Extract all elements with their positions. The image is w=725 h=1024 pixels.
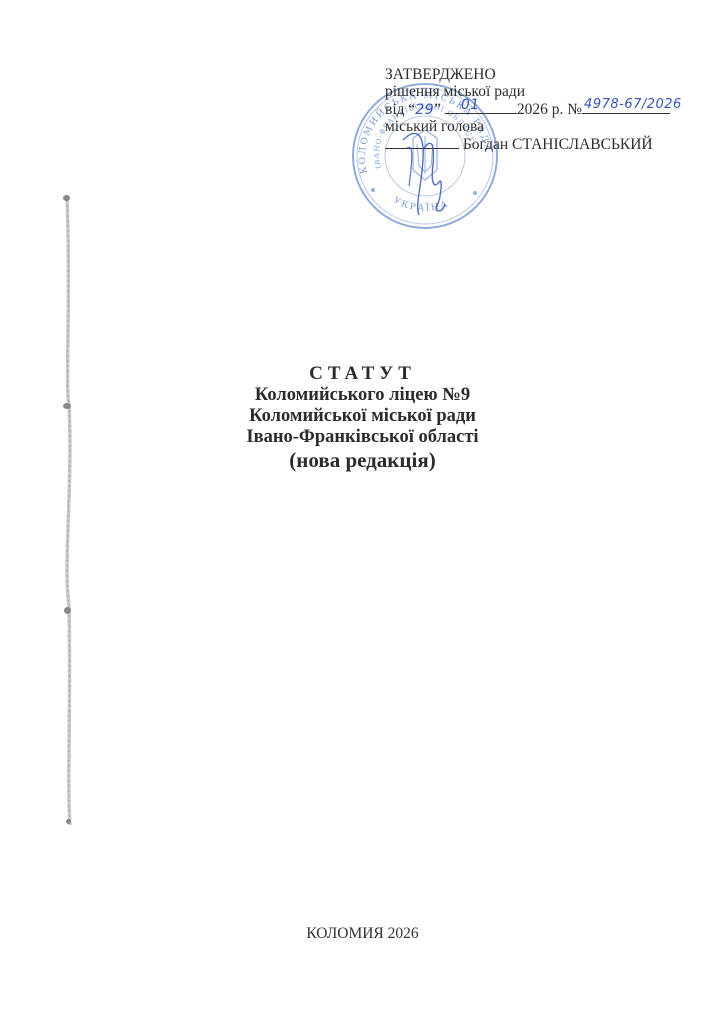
decision-number-field: 4978-67/2026 [582,100,670,114]
approval-date-line: від “29” 012026 р. №4978-67/2026 [385,100,670,119]
place-year: КОЛОМИЯ 2026 [0,925,725,943]
document-title-block: СТАТУТ Коломийського ліцею №9 Коломийськ… [0,363,725,472]
edition-label: (нова редакція) [0,448,725,472]
approval-heading: ЗАТВЕРДЖЕНО [385,67,670,84]
binding-thread [55,185,85,835]
approval-month: 01 [461,97,480,114]
date-quote: ” [434,101,441,118]
date-prefix: від “ [385,101,415,118]
decision-number: 4978-67/2026 [584,97,682,114]
council-name: Коломийської міської ради [0,406,725,427]
region-name: Івано-Франківської області [0,427,725,448]
document-title: СТАТУТ [0,363,725,385]
signature [395,120,465,225]
month-field: 01 [445,100,517,114]
institution-name: Коломийського ліцею №9 [0,385,725,406]
approval-signatory: Богдан СТАНІСЛАВСЬКИЙ [463,136,653,153]
approval-day: 29 [415,102,434,118]
year-text: 2026 р. № [517,101,582,118]
